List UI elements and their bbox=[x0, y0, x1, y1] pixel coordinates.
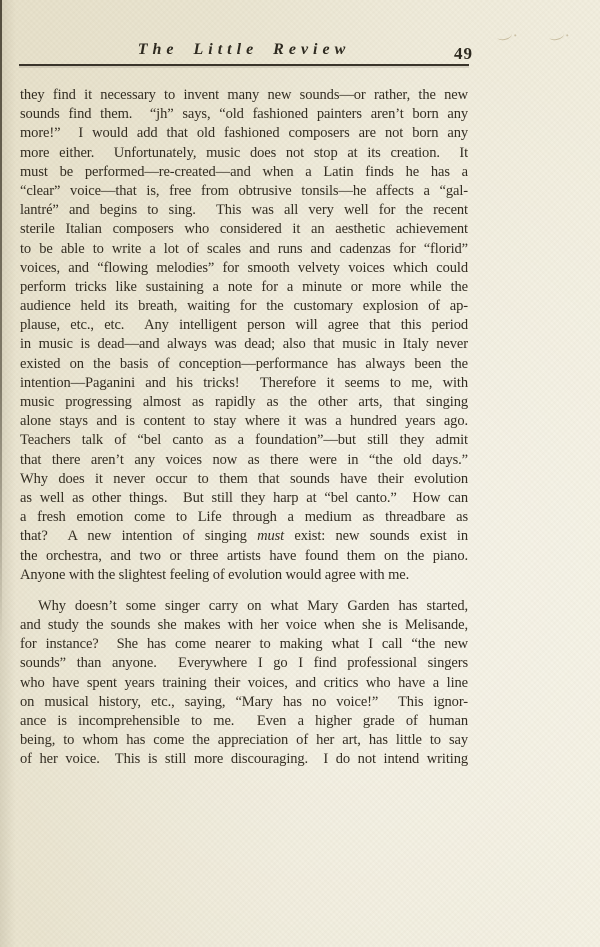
text-line: that? A new intention of singing must ex… bbox=[20, 527, 468, 546]
text-line: perform tricks like sustaining a note fo… bbox=[20, 278, 468, 297]
page-number: 49 bbox=[454, 44, 473, 64]
text-line: voices, and “flowing melodies” for smoot… bbox=[20, 259, 468, 278]
text-segment: sterile Italian composers who considered… bbox=[20, 221, 468, 237]
text-segment: audience held its breath, waiting for th… bbox=[20, 298, 468, 314]
text-line: as well as other things. But still they … bbox=[20, 489, 468, 508]
pencil-mark bbox=[496, 29, 513, 41]
text-line: audience held its breath, waiting for th… bbox=[20, 297, 468, 316]
text-line: sterile Italian composers who considered… bbox=[20, 220, 468, 239]
text-segment: exist: new sounds exist in bbox=[284, 528, 468, 544]
text-line: being, to whom has come the appreciation… bbox=[20, 731, 468, 750]
text-line: sounds” than anyone. Everywhere I go I f… bbox=[20, 654, 468, 673]
text-segment: as well as other things. But still they … bbox=[20, 490, 468, 506]
body-text: they find it necessary to invent many ne… bbox=[20, 86, 468, 770]
text-line: plause, etc., etc. Any intelligent perso… bbox=[20, 316, 468, 335]
header-rule bbox=[19, 64, 469, 66]
text-segment: on musical history, etc., saying, “Mary … bbox=[20, 694, 468, 710]
text-segment: sounds find them. “jh” says, “old fashio… bbox=[20, 106, 468, 122]
text-line: to be able to write a lot of scales and … bbox=[20, 240, 468, 259]
book-page: The Little Review 49 they find it necess… bbox=[0, 0, 600, 947]
running-title: The Little Review bbox=[20, 41, 468, 59]
page-binding-edge bbox=[0, 0, 2, 645]
text-segment: lantré” and begins to sing. This was all… bbox=[20, 202, 468, 218]
text-line: more either. Unfortunately, music does n… bbox=[20, 144, 468, 163]
text-segment: Anyone with the slightest feeling of evo… bbox=[20, 567, 409, 583]
text-line: and study the sounds she makes with her … bbox=[20, 616, 468, 635]
text-line: in music is dead—and always was dead; al… bbox=[20, 335, 468, 354]
text-line: lantré” and begins to sing. This was all… bbox=[20, 201, 468, 220]
text-segment: they find it necessary to invent many ne… bbox=[20, 87, 468, 103]
text-segment: who have spent years training their voic… bbox=[20, 675, 468, 691]
text-segment: alone stays and is content to stay where… bbox=[20, 413, 468, 429]
text-segment: that? A new intention of singing bbox=[20, 528, 257, 544]
paragraph: Why doesn’t some singer carry on what Ma… bbox=[20, 597, 468, 770]
paragraph: they find it necessary to invent many ne… bbox=[20, 86, 468, 585]
text-line: on musical history, etc., saying, “Mary … bbox=[20, 693, 468, 712]
text-column: The Little Review 49 they find it necess… bbox=[20, 0, 468, 947]
text-line: existed on the basis of conception—perfo… bbox=[20, 355, 468, 374]
text-segment: existed on the basis of conception—perfo… bbox=[20, 356, 468, 372]
text-segment: being, to whom has come the appreciation… bbox=[20, 732, 468, 748]
text-line: of her voice. This is still more discour… bbox=[20, 750, 468, 769]
text-line: a fresh emotion come to Life through a m… bbox=[20, 508, 468, 527]
text-segment: more!” I would add that old fashioned co… bbox=[20, 125, 468, 141]
text-segment: “clear” voice—that is, free from obtrusi… bbox=[20, 183, 468, 199]
text-segment: perform tricks like sustaining a note fo… bbox=[20, 279, 468, 295]
text-segment: intention—Paganini and his tricks! There… bbox=[20, 375, 468, 391]
text-segment: ance is incomprehensible to me. Even a h… bbox=[20, 713, 468, 729]
text-line: Teachers talk of “bel canto as a foundat… bbox=[20, 431, 468, 450]
text-line: more!” I would add that old fashioned co… bbox=[20, 124, 468, 143]
italic-text: must bbox=[257, 528, 284, 544]
text-segment: music progressing almost as rapidly as t… bbox=[20, 394, 468, 410]
text-segment: in music is dead—and always was dead; al… bbox=[20, 336, 468, 352]
text-line: intention—Paganini and his tricks! There… bbox=[20, 374, 468, 393]
text-segment: the orchestra, and two or three artists … bbox=[20, 548, 468, 564]
text-line: the orchestra, and two or three artists … bbox=[20, 547, 468, 566]
page-left-shading bbox=[0, 0, 16, 947]
text-segment: and study the sounds she makes with her … bbox=[20, 617, 468, 633]
text-segment: of her voice. This is still more discour… bbox=[20, 751, 468, 767]
text-line: must be performed—re-created—and when a … bbox=[20, 163, 468, 182]
text-line: ance is incomprehensible to me. Even a h… bbox=[20, 712, 468, 731]
text-segment: sounds” than anyone. Everywhere I go I f… bbox=[20, 655, 468, 671]
text-segment: Why does it never occur to them that sou… bbox=[20, 471, 468, 487]
text-segment: for instance? She has come nearer to mak… bbox=[20, 636, 468, 652]
text-segment: must be performed—re-created—and when a … bbox=[20, 164, 468, 180]
text-segment: a fresh emotion come to Life through a m… bbox=[20, 509, 468, 525]
text-line: music progressing almost as rapidly as t… bbox=[20, 393, 468, 412]
text-segment: voices, and “flowing melodies” for smoot… bbox=[20, 260, 468, 276]
pencil-mark bbox=[548, 29, 565, 41]
text-segment: more either. Unfortunately, music does n… bbox=[20, 145, 468, 161]
text-line: who have spent years training their voic… bbox=[20, 674, 468, 693]
text-segment: plause, etc., etc. Any intelligent perso… bbox=[20, 317, 468, 333]
text-line: sounds find them. “jh” says, “old fashio… bbox=[20, 105, 468, 124]
text-line: “clear” voice—that is, free from obtrusi… bbox=[20, 182, 468, 201]
text-line: for instance? She has come nearer to mak… bbox=[20, 635, 468, 654]
text-line: Why does it never occur to them that sou… bbox=[20, 470, 468, 489]
text-segment: Teachers talk of “bel canto as a foundat… bbox=[20, 432, 468, 448]
text-line: alone stays and is content to stay where… bbox=[20, 412, 468, 431]
text-line: that there aren’t any voices now as ther… bbox=[20, 451, 468, 470]
text-segment: Why doesn’t some singer carry on what Ma… bbox=[38, 598, 468, 614]
text-line: they find it necessary to invent many ne… bbox=[20, 86, 468, 105]
text-segment: to be able to write a lot of scales and … bbox=[20, 241, 468, 257]
text-line: Anyone with the slightest feeling of evo… bbox=[20, 566, 468, 585]
text-segment: that there aren’t any voices now as ther… bbox=[20, 452, 468, 468]
text-line: Why doesn’t some singer carry on what Ma… bbox=[20, 597, 468, 616]
